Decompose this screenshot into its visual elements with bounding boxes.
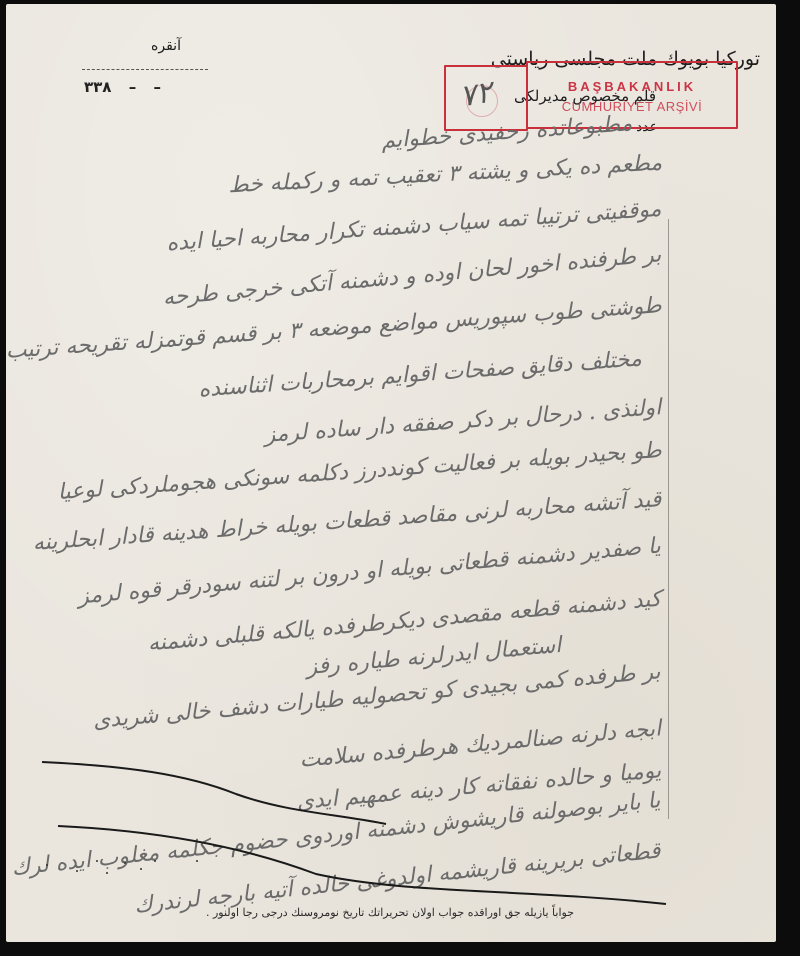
strike-line-1 bbox=[42, 762, 386, 824]
ink-dot bbox=[140, 868, 142, 870]
strike-lines bbox=[6, 4, 776, 942]
ink-dot bbox=[46, 864, 48, 866]
ink-dot bbox=[106, 872, 108, 874]
strike-line-2 bbox=[58, 826, 666, 904]
paper-sheet: آنقره ٣٣٨ – – توركيا بويوك ملت مجلسی ريا… bbox=[6, 4, 776, 942]
document-scan: آنقره ٣٣٨ – – توركيا بويوك ملت مجلسی ريا… bbox=[0, 0, 800, 956]
ink-dot bbox=[96, 860, 98, 862]
ink-dot bbox=[196, 860, 198, 862]
ink-dot bbox=[154, 860, 156, 862]
ink-dot bbox=[76, 870, 78, 872]
ink-dot bbox=[124, 862, 126, 864]
footer-note: جواباً يازيله جق اوراقده جواب اولان تحري… bbox=[206, 906, 574, 919]
